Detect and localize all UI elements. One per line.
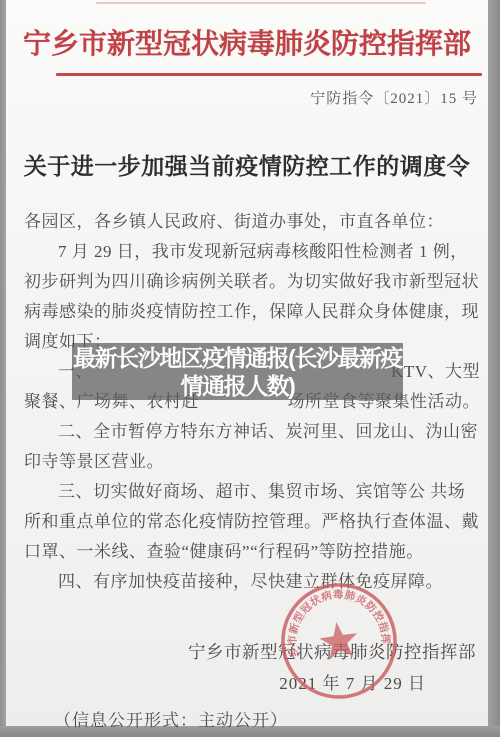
signature-block: 宁乡市新型冠状病毒肺炎防控指挥部 2021 年 7 月 29 日 [6, 639, 488, 694]
paragraph-5: 四、有序加快疫苗接种，尽快建立群体免疫屏障。 [24, 567, 480, 597]
header-divider [56, 73, 482, 76]
signature-date: 2021 年 7 月 29 日 [6, 669, 488, 694]
paragraph-3: 二、全市暂停方特东方神话、炭河里、回龙山、沩山密印寺等景区营业。 [24, 417, 480, 477]
seal-star-icon [318, 620, 361, 661]
issuer-header: 宁乡市新型冠状病毒肺炎防控指挥部 [6, 22, 488, 62]
disclosure-note: （信息公开形式：主动公开） [6, 706, 488, 731]
paragraph-2-fragment-right: KTV、大型 [391, 357, 480, 387]
signature-organization: 宁乡市新型冠状病毒肺炎防控指挥部 [6, 639, 488, 664]
document-number: 宁防指令〔2021〕15 号 [6, 87, 488, 108]
salutation-line: 各园区，各乡镇人民政府、街道办事处，市直各单位： [24, 207, 480, 237]
document-photo: 宁乡市新型冠状病毒肺炎防控指挥部 宁防指令〔2021〕15 号 关于进一步加强当… [0, 0, 500, 737]
watermark-line-1: 最新长沙地区疫情通报(长沙最新疫 [72, 344, 403, 372]
paragraph-1: 7 月 29 日，我市发现新冠病毒核酸阳性检测者 1 例，初步研判为四川确诊病例… [24, 237, 480, 357]
photo-top-artifact [96, 2, 426, 4]
document-title: 关于进一步加强当前疫情防控工作的调度令 [6, 148, 488, 181]
watermark-overlay: 最新长沙地区疫情通报(长沙最新疫 情通报人数) [72, 343, 403, 400]
photo-edge-right [488, 0, 500, 737]
watermark-line-2: 情通报人数) [72, 372, 403, 400]
document-body: 各园区，各乡镇人民政府、街道办事处，市直各单位： 7 月 29 日，我市发现新冠… [6, 207, 488, 597]
official-seal: 宁乡市新型冠状病毒肺炎防控指挥部 [269, 571, 409, 711]
paragraph-4: 三、切实做好商场、超市、集贸市场、宾馆等公 共场所和重点单位的常态化疫情防控管理… [24, 477, 480, 567]
